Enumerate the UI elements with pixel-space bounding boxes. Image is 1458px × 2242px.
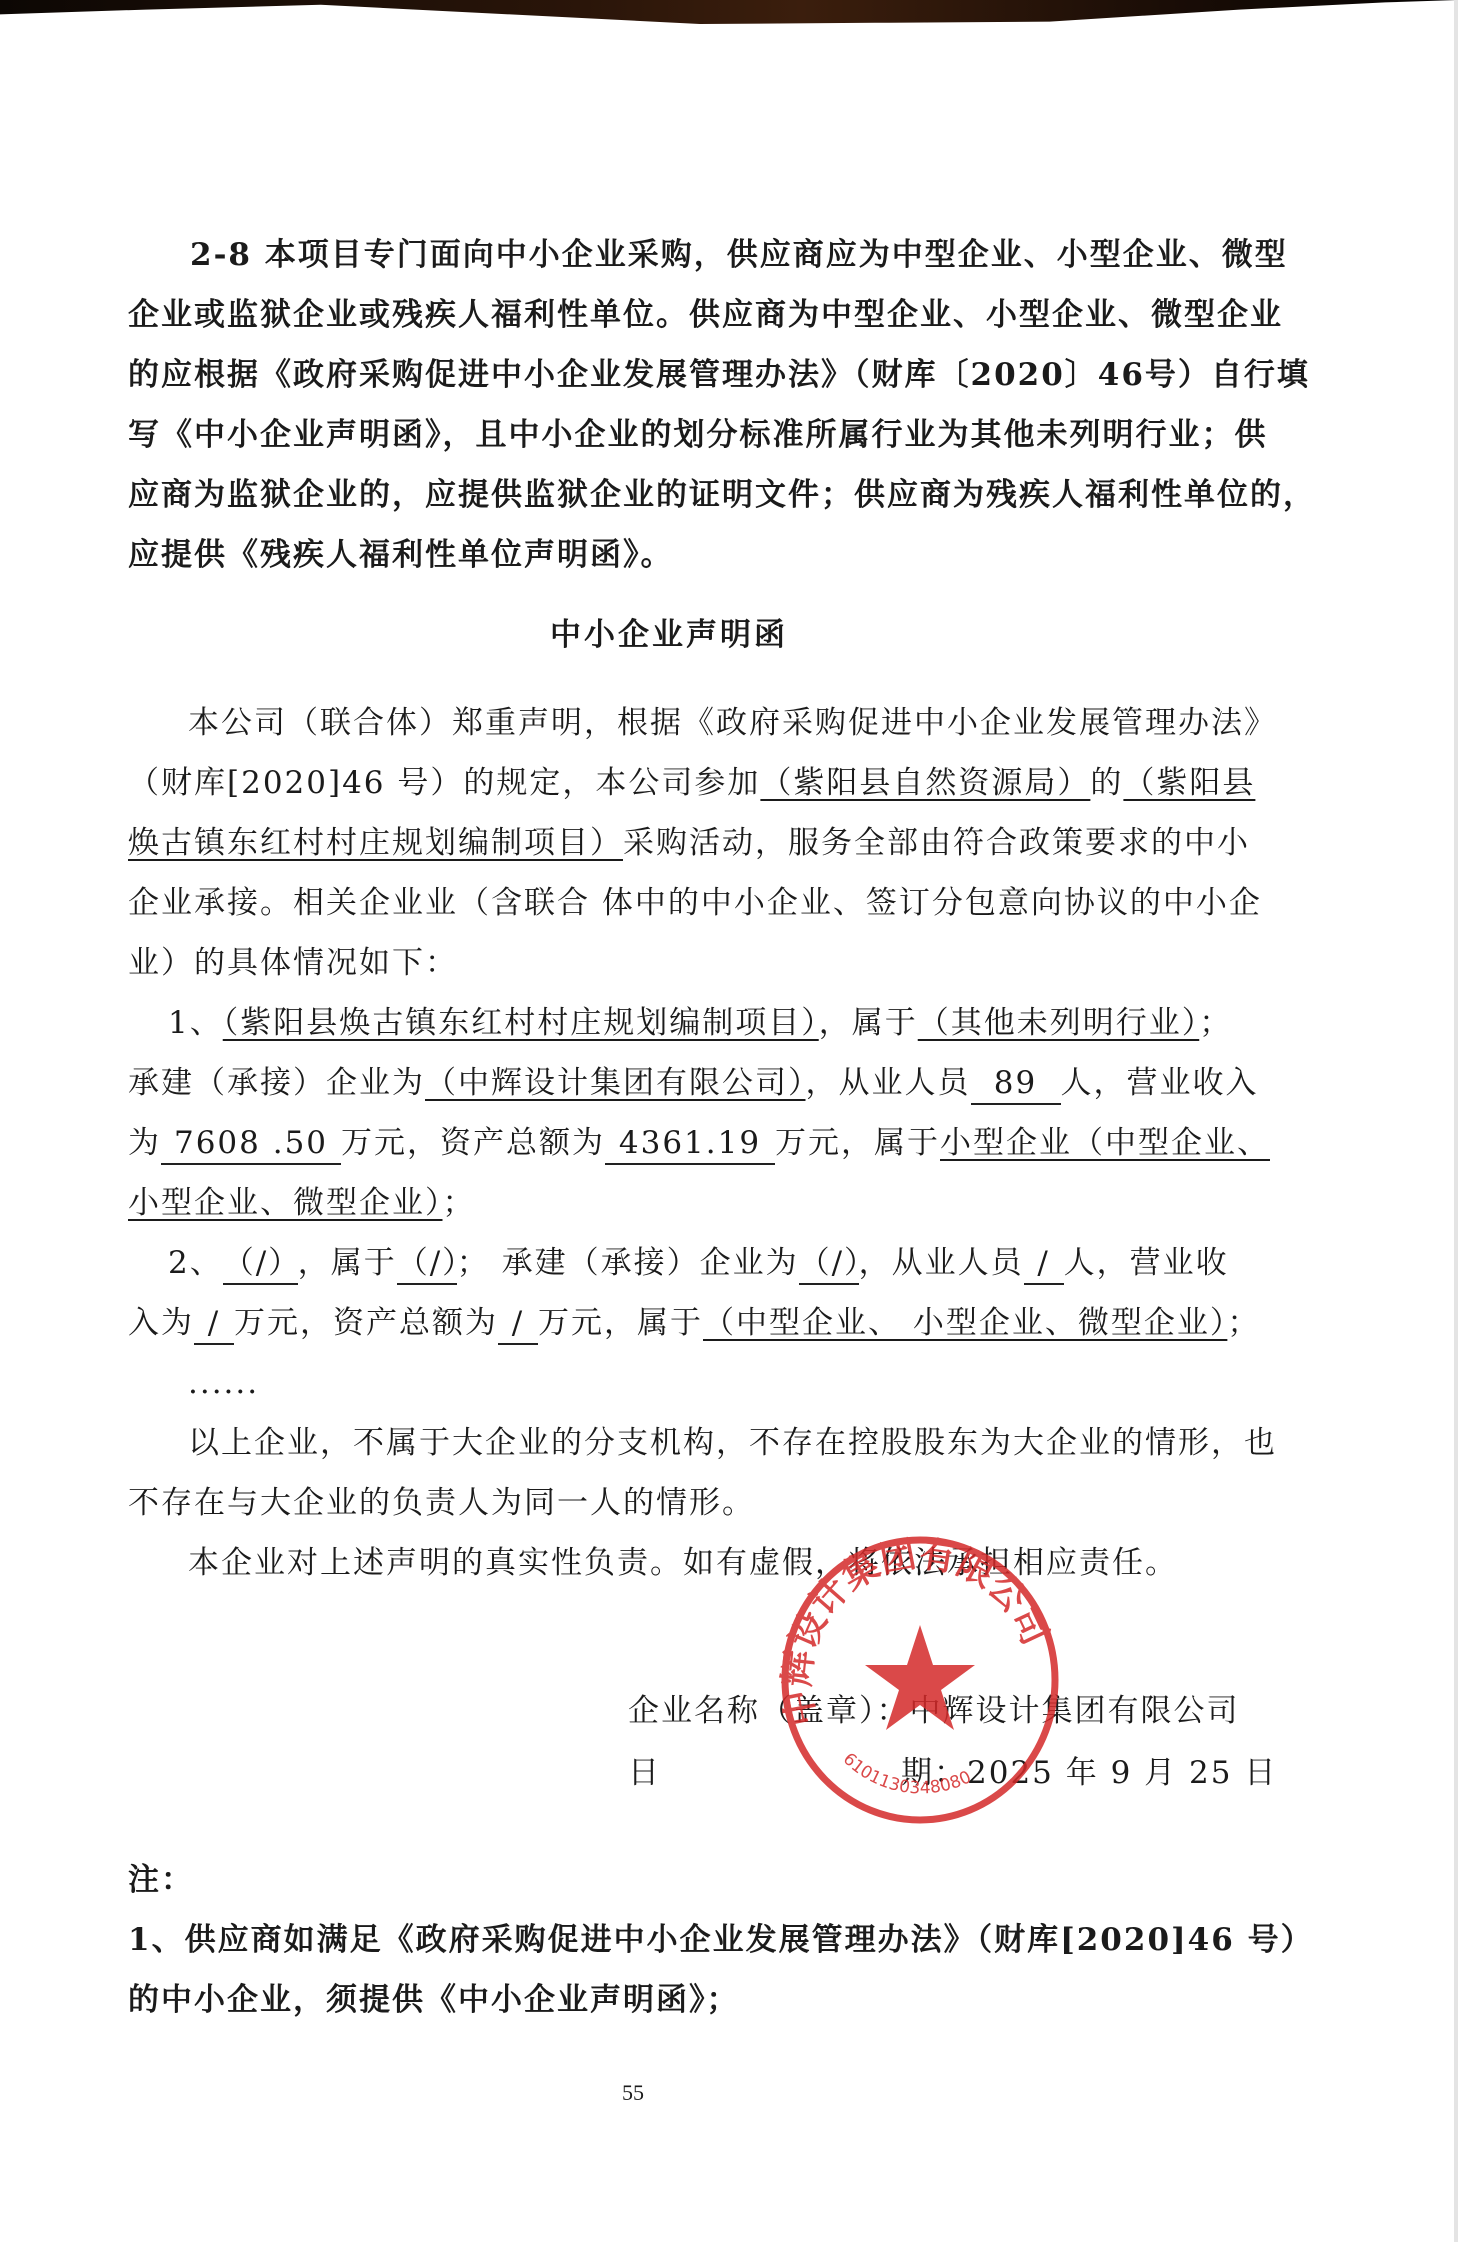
signature-block: 企业名称（盖章）：中辉设计集团有限公司 日期：2025 年 9 月 25 日 bbox=[628, 1680, 1277, 1804]
section-2-8: 2-8 本项目专门面向中小企业采购，供应商应为中型企业、小型企业、微型 企业或监… bbox=[128, 225, 1210, 585]
section-line: 应提供《残疾人福利性单位声明函》。 bbox=[128, 525, 1210, 585]
item1-revenue: 7608 .50 bbox=[161, 1123, 341, 1165]
ellipsis: ...... bbox=[128, 1353, 1210, 1413]
purchaser-field: （紫阳县自然资源局） bbox=[760, 765, 1090, 801]
declaration-body: 本公司（联合体）郑重声明，根据《政府采购促进中小企业发展管理办法》 （财库[20… bbox=[128, 693, 1210, 1593]
item1-assets: 4361.19 bbox=[605, 1123, 775, 1165]
statement-1-line-1: 以上企业，不属于大企业的分支机构，不存在控股股东为大企业的情形，也 bbox=[128, 1413, 1210, 1473]
label: 万元，属于 bbox=[775, 1125, 940, 1161]
intro-line-1: 本公司（联合体）郑重声明，根据《政府采购促进中小企业发展管理办法》 bbox=[128, 693, 1210, 753]
label: 为 bbox=[128, 1125, 161, 1161]
item1-line-2: 承建（承接）企业为（中辉设计集团有限公司），从业人员89人，营业收入 bbox=[128, 1053, 1210, 1113]
item2-line-1: 2、（/），属于（/）； 承建（承接）企业为（/），从业人员/人，营业收 bbox=[128, 1233, 1210, 1293]
label: ，从业人员 bbox=[859, 1245, 1024, 1281]
intro-line-3: 焕古镇东红村村庄规划编制项目）采购活动，服务全部由符合政策要求的中小 bbox=[128, 813, 1210, 873]
section-line: 的应根据《政府采购促进中小企业发展管理办法》（财库〔2020〕46号）自行填 bbox=[128, 345, 1210, 405]
label: 承建（承接）企业为 bbox=[128, 1065, 425, 1101]
date-label: 日 bbox=[628, 1755, 661, 1791]
label: 万元，属于 bbox=[538, 1305, 703, 1341]
label: 入为 bbox=[128, 1305, 194, 1341]
section-line: 企业或监狱企业或残疾人福利性单位。供应商为中型企业、小型企业、微型企业 bbox=[128, 285, 1210, 345]
item2-project: （/） bbox=[223, 1243, 298, 1285]
date-value: 2025 年 9 月 25 日 bbox=[967, 1755, 1277, 1791]
notes-heading: 注： bbox=[128, 1850, 1228, 1910]
item1-contractor: （中辉设计集团有限公司） bbox=[425, 1065, 806, 1101]
label: ，属于 bbox=[298, 1245, 397, 1281]
date-row: 日期：2025 年 9 月 25 日 bbox=[628, 1742, 1277, 1804]
intro-text: （财库[2020]46 号）的规定，本公司参加 bbox=[128, 765, 760, 801]
statement-1-line-2: 不存在与大企业的负责人为同一人的情形。 bbox=[128, 1473, 1210, 1533]
item2-industry: （/） bbox=[397, 1243, 457, 1285]
label: ； 承建（承接）企业为 bbox=[457, 1245, 799, 1281]
page-number: 55 bbox=[622, 2080, 644, 2106]
intro-line-4: 企业承接。相关企业业（含联合 体中的中小企业、签订分包意向协议的中小企 bbox=[128, 873, 1210, 933]
scan-right-edge bbox=[1454, 0, 1458, 2242]
item2-contractor: （/） bbox=[799, 1243, 859, 1285]
company-row: 企业名称（盖章）：中辉设计集团有限公司 bbox=[628, 1680, 1277, 1742]
item2-size: （中型企业、 小型企业、微型企业） bbox=[703, 1305, 1227, 1341]
punct: ； bbox=[443, 1185, 476, 1221]
item2-assets: / bbox=[498, 1303, 538, 1345]
item1-industry: （其他未列明行业） bbox=[918, 1005, 1200, 1041]
label: 人，营业收入 bbox=[1061, 1065, 1259, 1101]
label: 万元，资产总额为 bbox=[234, 1305, 498, 1341]
note-1-line-2: 的中小企业，须提供《中小企业声明函》； bbox=[128, 1970, 1228, 2030]
notes-section: 注： 1、供应商如满足《政府采购促进中小企业发展管理办法》（财库[2020]46… bbox=[128, 1850, 1228, 2030]
section-line: 应商为监狱企业的，应提供监狱企业的证明文件；供应商为残疾人福利性单位的， bbox=[128, 465, 1210, 525]
item1-project: （紫阳县焕古镇东红村村庄规划编制项目） bbox=[223, 1005, 819, 1041]
intro-text: 采购活动，服务全部由符合政策要求的中小 bbox=[623, 825, 1250, 861]
intro-line-5: 业）的具体情况如下： bbox=[128, 933, 1210, 993]
date-label: 期： bbox=[901, 1755, 967, 1791]
item-prefix: 1、 bbox=[168, 1005, 223, 1041]
intro-line-2: （财库[2020]46 号）的规定，本公司参加（紫阳县自然资源局）的（紫阳县 bbox=[128, 753, 1210, 813]
punct: ； bbox=[1227, 1305, 1260, 1341]
item-prefix: 2、 bbox=[168, 1245, 223, 1281]
intro-of: 的 bbox=[1090, 765, 1123, 801]
company-label: 企业名称（盖章）： bbox=[628, 1693, 910, 1729]
document-page: 2-8 本项目专门面向中小企业采购，供应商应为中型企业、小型企业、微型 企业或监… bbox=[128, 225, 1210, 1593]
section-line: 2-8 本项目专门面向中小企业采购，供应商应为中型企业、小型企业、微型 bbox=[128, 225, 1210, 285]
declaration-title: 中小企业声明函 bbox=[128, 605, 1210, 665]
item1-line-1: 1、（紫阳县焕古镇东红村村庄规划编制项目），属于（其他未列明行业）； bbox=[128, 993, 1210, 1053]
statement-2: 本企业对上述声明的真实性负责。如有虚假，将依法承担相应责任。 bbox=[128, 1533, 1210, 1593]
note-1-line-1: 1、供应商如满足《政府采购促进中小企业发展管理办法》（财库[2020]46 号） bbox=[128, 1910, 1228, 1970]
label: 人，营业收 bbox=[1064, 1245, 1229, 1281]
scan-top-edge bbox=[0, 0, 1458, 24]
item1-employees: 89 bbox=[971, 1063, 1061, 1105]
section-line: 写《中小企业声明函》，且中小企业的划分标准所属行业为其他未列明行业；供 bbox=[128, 405, 1210, 465]
item1-line-4: 小型企业、微型企业）； bbox=[128, 1173, 1210, 1233]
item2-employees: / bbox=[1024, 1243, 1064, 1285]
punct: ； bbox=[1199, 1005, 1232, 1041]
project-field-part1: （紫阳县 bbox=[1123, 765, 1255, 801]
item1-size-part1: 小型企业（中型企业、 bbox=[940, 1125, 1270, 1161]
project-field-part2: 焕古镇东红村村庄规划编制项目） bbox=[128, 825, 623, 861]
label: ，从业人员 bbox=[806, 1065, 971, 1101]
item2-line-2: 入为/万元，资产总额为/万元，属于（中型企业、 小型企业、微型企业）； bbox=[128, 1293, 1210, 1353]
item2-revenue: / bbox=[194, 1303, 234, 1345]
item1-size-part2: 小型企业、微型企业） bbox=[128, 1185, 443, 1221]
company-name: 中辉设计集团有限公司 bbox=[910, 1693, 1240, 1729]
label: 万元，资产总额为 bbox=[341, 1125, 605, 1161]
item1-line-3: 为7608 .50万元，资产总额为4361.19万元，属于小型企业（中型企业、 bbox=[128, 1113, 1210, 1173]
label: ，属于 bbox=[819, 1005, 918, 1041]
